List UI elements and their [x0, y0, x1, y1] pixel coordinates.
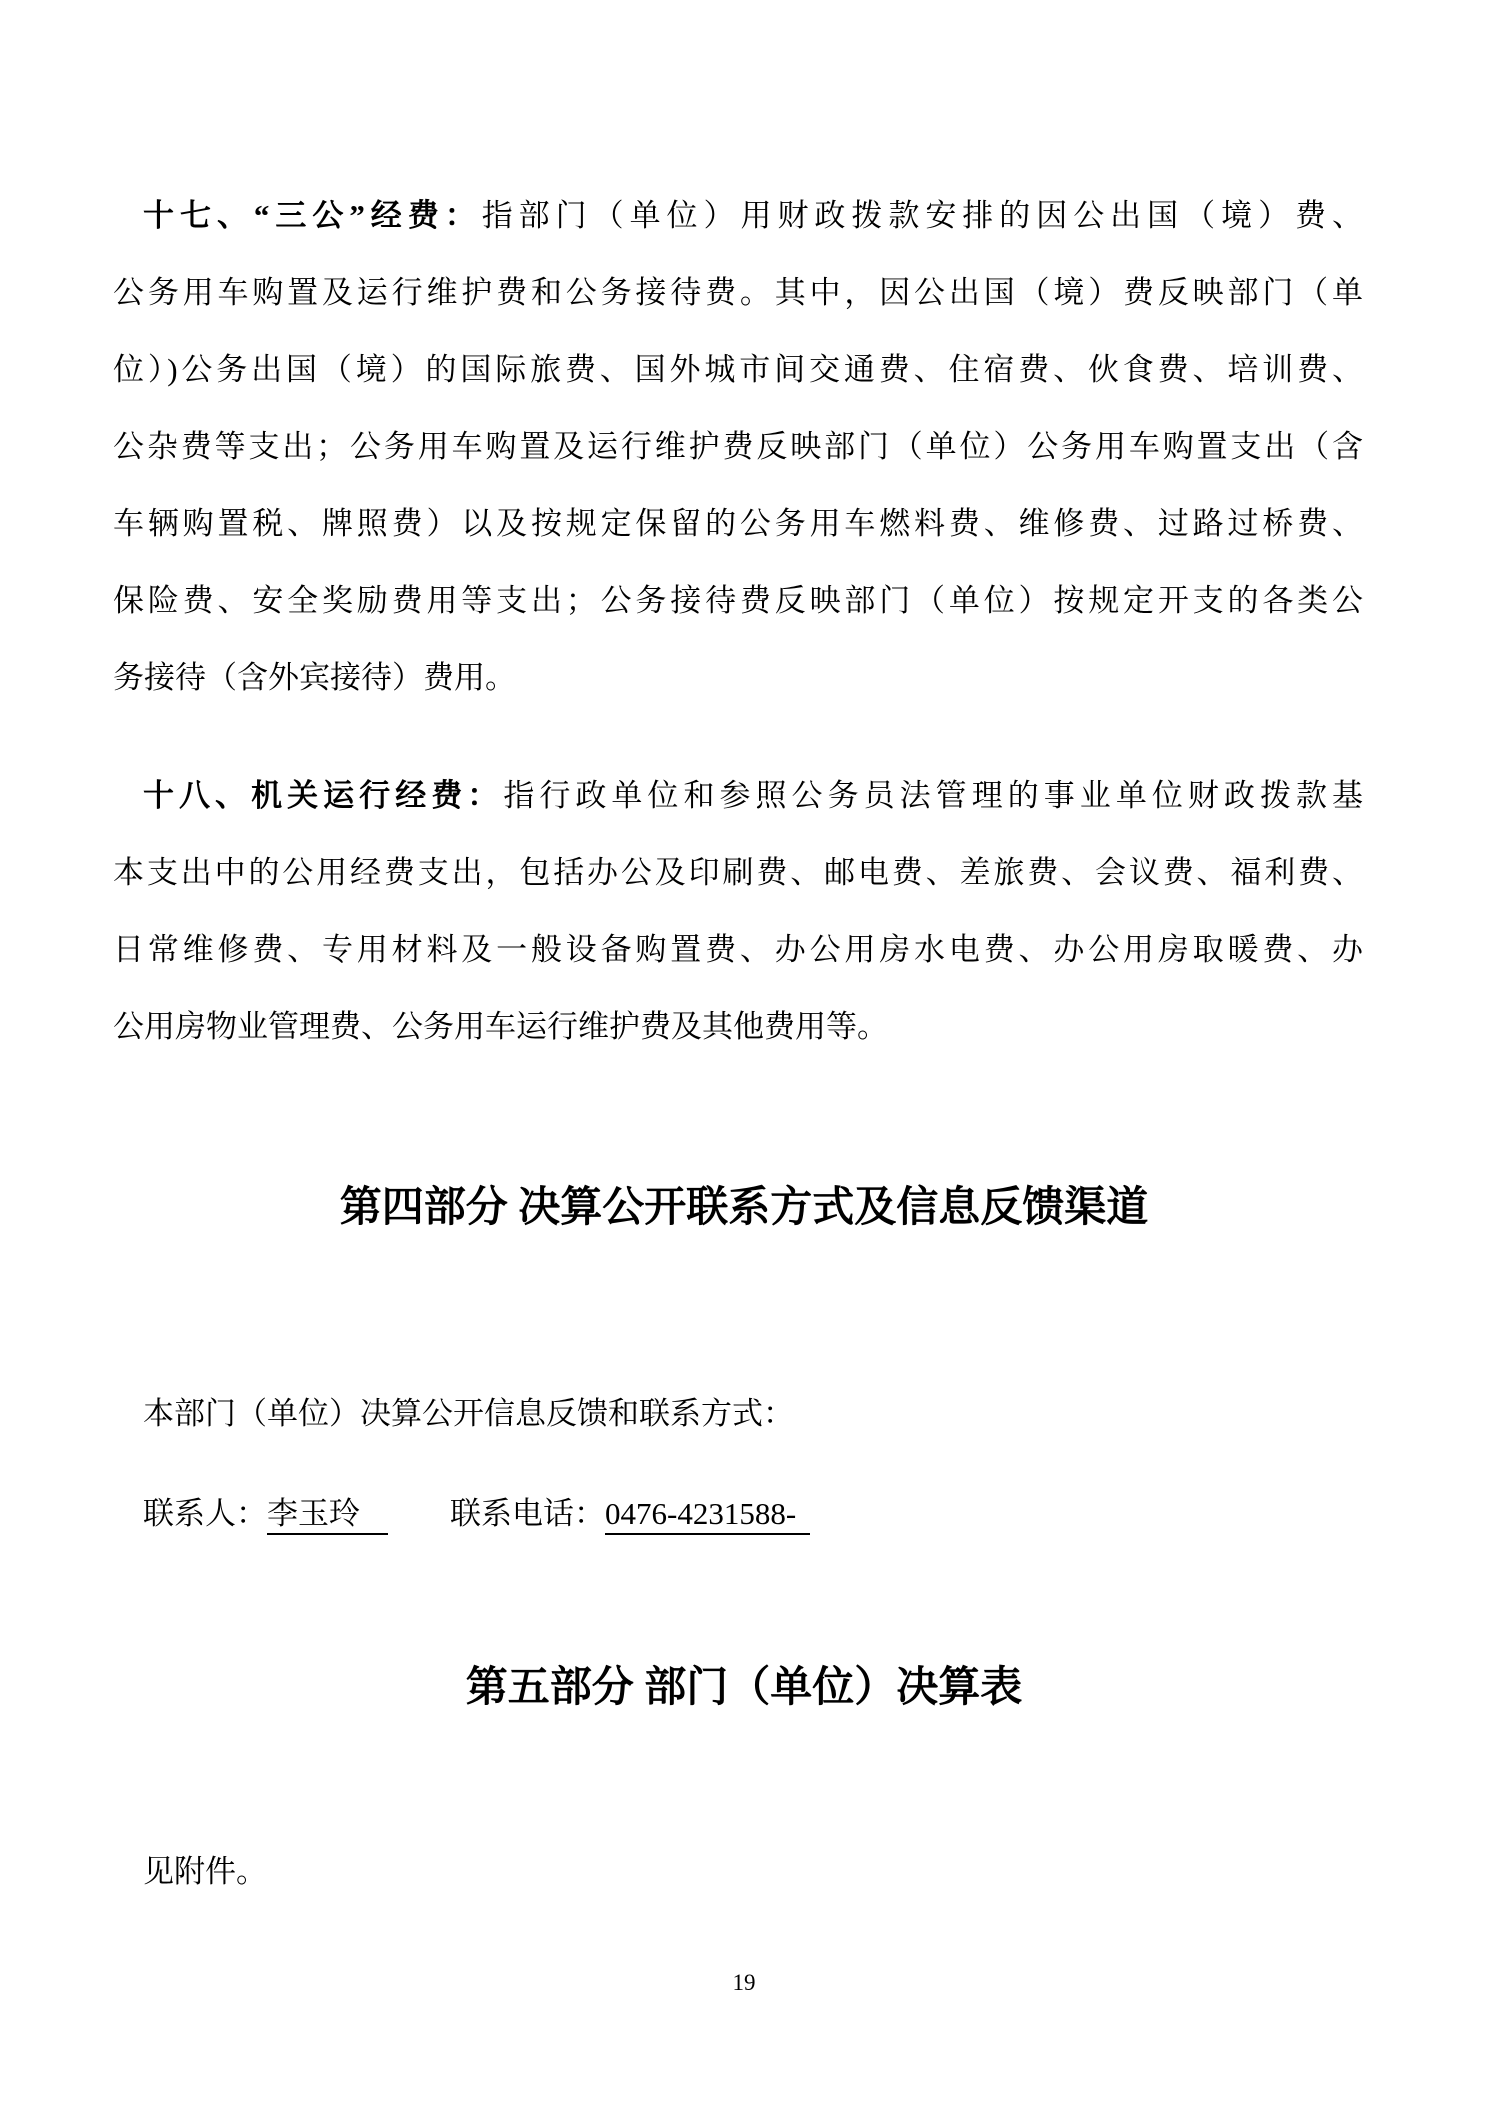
paragraph-18-line-3: 日常维修费、专用材料及一般设备购置费、办公用房水电费、办公用房取暖费、办: [113, 911, 1363, 988]
paragraph-18-line-4: 公用房物业管理费、公务用车运行维护费及其他费用等。: [113, 988, 1363, 1065]
paragraph-17-line-1-rest: 指部门（单位）用财政拨款安排的因公出国（境）费、: [482, 198, 1363, 233]
contact-phone-number: 0476-4231588-: [605, 1496, 810, 1535]
paragraph-18-lead: 十八、机关运行经费：: [143, 778, 503, 813]
document-page: 十七、“三公”经费：指部门（单位）用财政拨款安排的因公出国（境）费、 公务用车购…: [0, 0, 1488, 2104]
section-five-heading: 第五部分 部门（单位）决算表: [0, 1660, 1488, 1716]
attachment-note: 见附件。: [143, 1850, 267, 1894]
paragraph-18-line-1: 十八、机关运行经费：指行政单位和参照公务员法管理的事业单位财政拨款基: [113, 757, 1363, 834]
contact-person-name: 李玉玲: [267, 1496, 388, 1535]
page-number: 19: [0, 1968, 1488, 1998]
contact-intro: 本部门（单位）决算公开信息反馈和联系方式：: [143, 1392, 794, 1436]
paragraph-18-line-1-rest: 指行政单位和参照公务员法管理的事业单位财政拨款基: [503, 778, 1363, 813]
paragraph-17-line-5: 车辆购置税、牌照费）以及按规定保留的公务用车燃料费、维修费、过路过桥费、: [113, 485, 1363, 562]
paragraph-17-line-4: 公杂费等支出；公务用车购置及运行维护费反映部门（单位）公务用车购置支出（含: [113, 408, 1363, 485]
contact-phone-label: 联系电话：: [450, 1496, 605, 1531]
paragraph-18-line-2: 本支出中的公用经费支出，包括办公及印刷费、邮电费、差旅费、会议费、福利费、: [113, 834, 1363, 911]
contact-line: 联系人：李玉玲联系电话：0476-4231588-: [143, 1492, 810, 1536]
paragraph-18: 十八、机关运行经费：指行政单位和参照公务员法管理的事业单位财政拨款基 本支出中的…: [113, 757, 1363, 1065]
paragraph-17-line-6: 保险费、安全奖励费用等支出；公务接待费反映部门（单位）按规定开支的各类公: [113, 562, 1363, 639]
paragraph-17-lead: 十七、“三公”经费：: [143, 198, 482, 233]
paragraph-17-line-3: 位）)公务出国（境）的国际旅费、国外城市间交通费、住宿费、伙食费、培训费、: [113, 331, 1363, 408]
contact-person-label: 联系人：: [143, 1496, 267, 1531]
paragraph-17-line-2: 公务用车购置及运行维护费和公务接待费。其中，因公出国（境）费反映部门（单: [113, 254, 1363, 331]
paragraph-17-line-1: 十七、“三公”经费：指部门（单位）用财政拨款安排的因公出国（境）费、: [113, 177, 1363, 254]
paragraph-17-line-7: 务接待（含外宾接待）费用。: [113, 639, 1363, 716]
section-four-heading: 第四部分 决算公开联系方式及信息反馈渠道: [0, 1180, 1488, 1236]
paragraph-17: 十七、“三公”经费：指部门（单位）用财政拨款安排的因公出国（境）费、 公务用车购…: [113, 177, 1363, 716]
